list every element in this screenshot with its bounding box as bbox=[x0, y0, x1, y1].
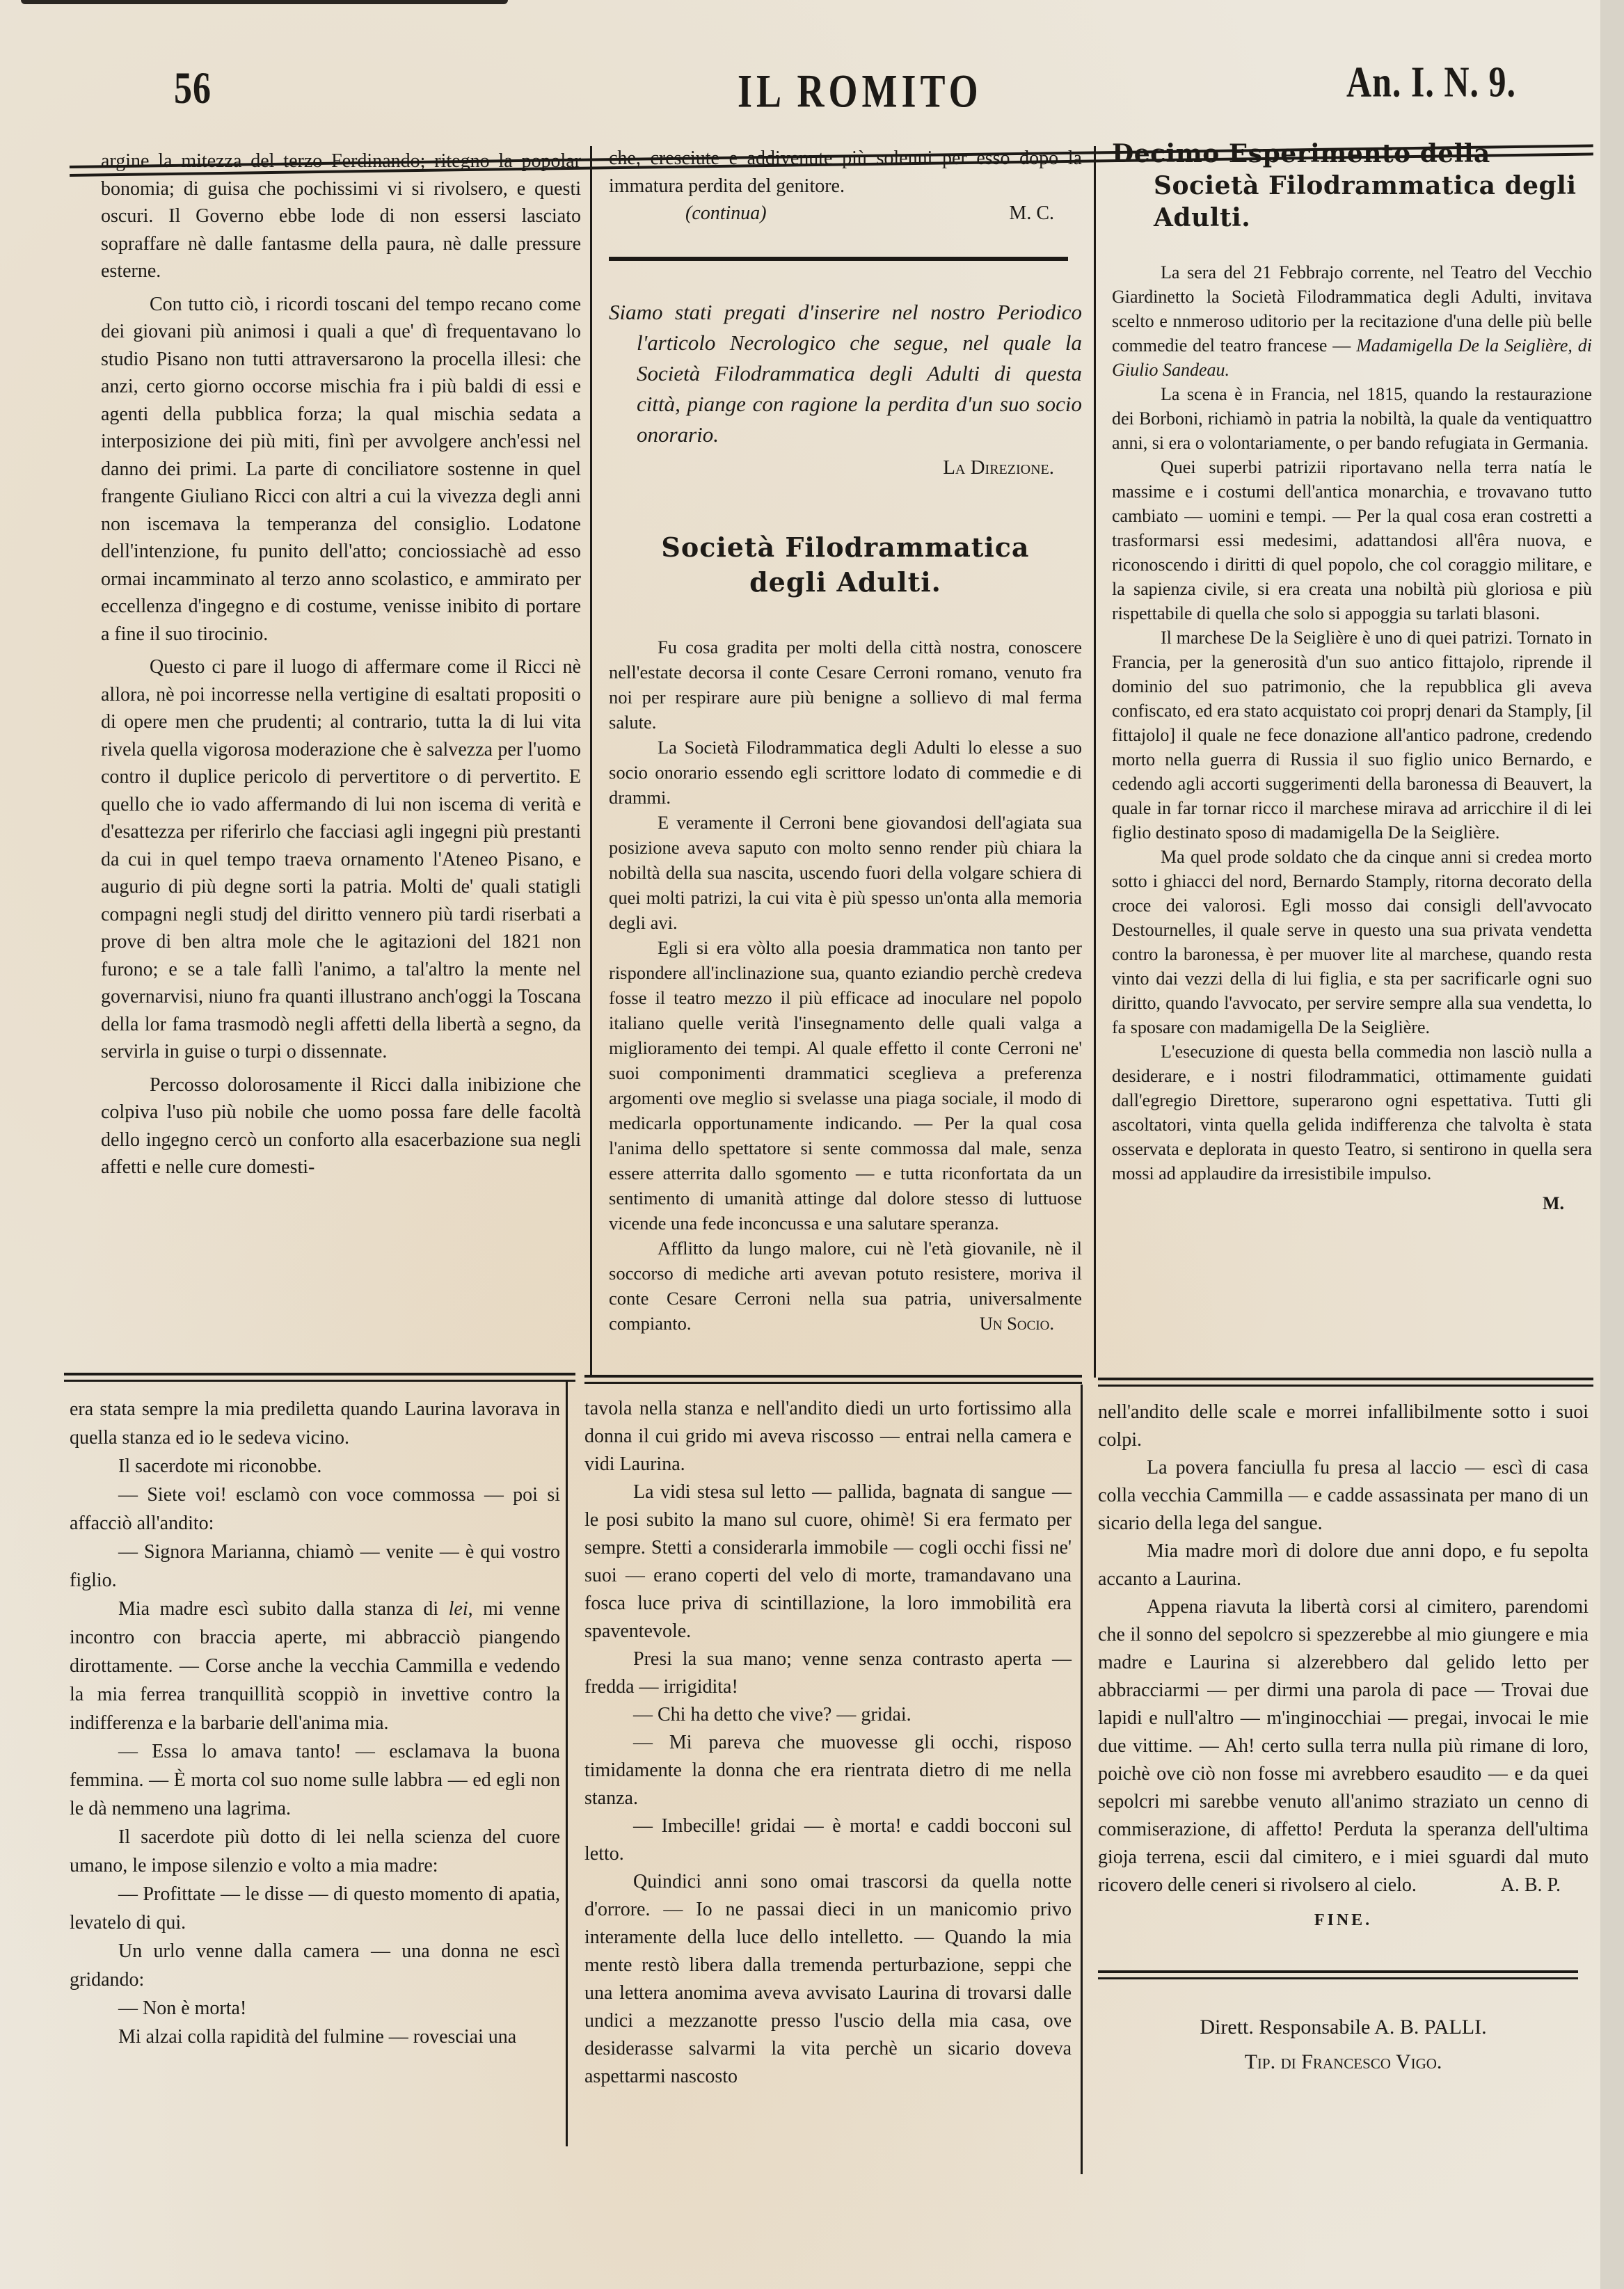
signature: M. bbox=[1112, 1191, 1592, 1215]
section-double-rule bbox=[584, 1375, 1082, 1384]
paragraph: La povera fanciulla fu presa al laccio —… bbox=[1098, 1454, 1589, 1538]
paragraph: Il sacerdote mi riconobbe. bbox=[70, 1452, 560, 1481]
dialogue: — Chi ha detto che vive? — gridai. bbox=[584, 1701, 1072, 1729]
article-cerroni: che, cresciute e addivenute più solenni … bbox=[609, 145, 1082, 1336]
paragraph: Quindici anni sono omai trascorsi da que… bbox=[584, 1868, 1072, 2091]
story-laurina-part-1: era stata sempre la mia prediletta quand… bbox=[70, 1395, 560, 2051]
paragraph: Presi la sua mano; venne senza contrasto… bbox=[584, 1645, 1072, 1701]
heading-line: degli Adulti. bbox=[609, 565, 1082, 600]
end-marker: FINE. bbox=[1098, 1906, 1589, 1934]
continua-label: (continua) bbox=[685, 200, 767, 228]
paragraph: La Società Filodrammatica degli Adulti l… bbox=[609, 735, 1082, 810]
paragraph: che, cresciute e addivenute più solenni … bbox=[609, 145, 1082, 200]
paragraph: nell'andito delle scale e morrei infalli… bbox=[1098, 1398, 1589, 1454]
notice-signature: La Direzione. bbox=[609, 454, 1082, 482]
paragraph: Mia madre escì subito dalla stanza di le… bbox=[70, 1595, 560, 1737]
responsible-director: Dirett. Responsabile A. B. PALLI. bbox=[1098, 2010, 1589, 2045]
notice-text: Siamo stati pregati d'inserire nel nostr… bbox=[609, 297, 1082, 450]
article-decimo-esperimento: Decimo Esperimento della Società Filodra… bbox=[1112, 138, 1592, 1215]
column-divider bbox=[1094, 146, 1096, 1378]
paragraph: Appena riavuta la libertà corsi al cimit… bbox=[1098, 1593, 1589, 1899]
paragraph: L'esecuzione di questa bella commedia no… bbox=[1112, 1039, 1592, 1186]
paragraph-text: Mia madre escì subito dalla stanza di bbox=[118, 1598, 438, 1620]
column-divider bbox=[1081, 1385, 1083, 2174]
paragraph: Mi alzai colla rapidità del fulmine — ro… bbox=[70, 2023, 560, 2051]
masthead: 56 IL ROMITO An. I. N. 9. bbox=[0, 56, 1600, 132]
dialogue: — Essa lo amava tanto! — esclamava la bu… bbox=[70, 1737, 560, 1823]
paragraph: Egli si era vòlto alla poesia drammatica… bbox=[609, 935, 1082, 1236]
dialogue: — Signora Marianna, chiamò — venite — è … bbox=[70, 1538, 560, 1595]
paragraph: La vidi stesa sul letto — pallida, bagna… bbox=[584, 1478, 1072, 1645]
journal-title: IL ROMITO bbox=[738, 64, 982, 118]
imprint: Dirett. Responsabile A. B. PALLI. Tip. d… bbox=[1098, 2010, 1589, 2080]
story-laurina-part-2: tavola nella stanza e nell'andito diedi … bbox=[584, 1395, 1072, 2091]
paragraph: Quei superbi patrizii riportavano nella … bbox=[1112, 455, 1592, 625]
story-laurina-part-3: nell'andito delle scale e morrei infalli… bbox=[1098, 1398, 1589, 2080]
printer: Tip. di Francesco Vigo. bbox=[1098, 2045, 1589, 2080]
paragraph: La scena è in Francia, nel 1815, quando … bbox=[1112, 382, 1592, 455]
paragraph: Mia madre morì di dolore due anni dopo, … bbox=[1098, 1538, 1589, 1593]
page-number: 56 bbox=[174, 63, 212, 115]
issue-info: An. I. N. 9. bbox=[1346, 56, 1516, 107]
paragraph: tavola nella stanza e nell'andito diedi … bbox=[584, 1395, 1072, 1478]
paragraph: Il sacerdote più dotto di lei nella scie… bbox=[70, 1823, 560, 1880]
paragraph: Percosso dolorosamente il Ricci dalla in… bbox=[101, 1071, 581, 1181]
imprint-double-rule bbox=[1098, 1970, 1578, 1979]
article-heading: Decimo Esperimento della Società Filodra… bbox=[1112, 138, 1592, 234]
signature: M. C. bbox=[1009, 200, 1054, 228]
article-ricci-continued: argine la mitezza del terzo Ferdinando; … bbox=[101, 147, 581, 1181]
newspaper-page: 56 IL ROMITO An. I. N. 9. argine la mite… bbox=[0, 0, 1600, 2289]
dialogue: — Siete voi! esclamò con voce commossa —… bbox=[70, 1481, 560, 1538]
paragraph: era stata sempre la mia prediletta quand… bbox=[70, 1395, 560, 1452]
section-double-rule bbox=[1098, 1378, 1593, 1387]
paragraph: Ma quel prode soldato che da cinque anni… bbox=[1112, 845, 1592, 1039]
dialogue: — Profittate — le disse — di questo mome… bbox=[70, 1880, 560, 1937]
paragraph: Un urlo venne dalla camera — una donna n… bbox=[70, 1937, 560, 1994]
paragraph: Con tutto ciò, i ricordi toscani del tem… bbox=[101, 291, 581, 648]
page-edge-shadow bbox=[21, 0, 508, 4]
article-heading: Società Filodrammatica degli Adulti. bbox=[609, 530, 1082, 600]
paragraph: La sera del 21 Febbrajo corrente, nel Te… bbox=[1112, 260, 1592, 382]
emphasis: lei bbox=[449, 1598, 468, 1620]
continua-line: (continua) M. C. bbox=[609, 200, 1082, 228]
paragraph: Fu cosa gradita per molti della città no… bbox=[609, 635, 1082, 735]
paragraph: argine la mitezza del terzo Ferdinando; … bbox=[101, 147, 581, 285]
section-double-rule bbox=[64, 1373, 575, 1382]
section-rule bbox=[609, 257, 1068, 261]
dialogue: — Mi pareva che muovesse gli occhi, risp… bbox=[584, 1729, 1072, 1812]
column-divider bbox=[590, 146, 592, 1378]
dialogue: — Imbecille! gridai — è morta! e caddi b… bbox=[584, 1812, 1072, 1868]
paragraph: Questo ci pare il luogo di affermare com… bbox=[101, 653, 581, 1066]
paragraph: E veramente il Cerroni bene giovandosi d… bbox=[609, 810, 1082, 935]
heading-line: Società Filodrammatica bbox=[609, 530, 1082, 565]
column-divider bbox=[566, 1381, 568, 2146]
editorial-notice: Siamo stati pregati d'inserire nel nostr… bbox=[609, 297, 1082, 450]
dialogue: — Non è morta! bbox=[70, 1994, 560, 2023]
paragraph: Il marchese De la Seiglière è uno di que… bbox=[1112, 625, 1592, 845]
